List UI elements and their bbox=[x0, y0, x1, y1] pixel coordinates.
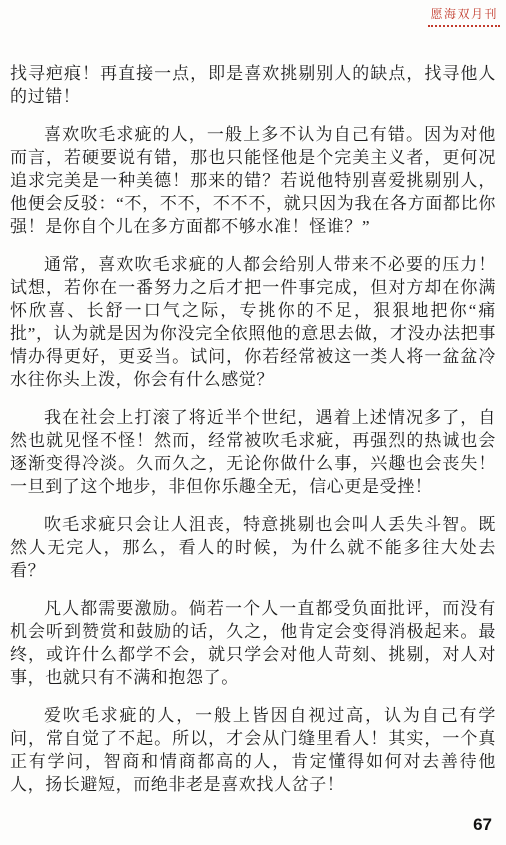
paragraph-3: 通常，喜欢吹毛求疵的人都会给别人带来不必要的压力！试想，若你在一番努力之后才把一… bbox=[10, 253, 496, 391]
paragraph-5: 吹毛求疵只会让人沮丧，特意挑剔也会叫人丢失斗智。既然人无完人，那么，看人的时候，… bbox=[10, 513, 496, 582]
paragraph-4: 我在社会上打滚了将近半个世纪，遇着上述情况多了，自然也就见怪不怪！然而，经常被吹… bbox=[10, 406, 496, 498]
article-body: 找寻疤痕！再直接一点，即是喜欢挑剔别人的缺点，找寻他人的过错！ 喜欢吹毛求疵的人… bbox=[10, 62, 496, 811]
journal-title: 愿海双月刊 bbox=[430, 6, 500, 22]
paragraph-1: 找寻疤痕！再直接一点，即是喜欢挑剔别人的缺点，找寻他人的过错！ bbox=[10, 62, 496, 108]
dotted-rule bbox=[428, 25, 500, 27]
paragraph-7: 爱吹毛求疵的人，一般上皆因自视过高，认为自己有学问，常自觉了不起。所以，才会从门… bbox=[10, 704, 496, 796]
page-number: 67 bbox=[473, 815, 492, 835]
magazine-page: 愿海双月刊 找寻疤痕！再直接一点，即是喜欢挑剔别人的缺点，找寻他人的过错！ 喜欢… bbox=[0, 0, 506, 845]
paragraph-6: 凡人都需要激励。倘若一个人一直都受负面批评，而没有机会听到赞赏和鼓励的话，久之，… bbox=[10, 597, 496, 689]
paragraph-2: 喜欢吹毛求疵的人，一般上多不认为自己有错。因为对他而言，若硬要说有错，那也只能怪… bbox=[10, 123, 496, 238]
page-header: 愿海双月刊 bbox=[410, 5, 500, 27]
